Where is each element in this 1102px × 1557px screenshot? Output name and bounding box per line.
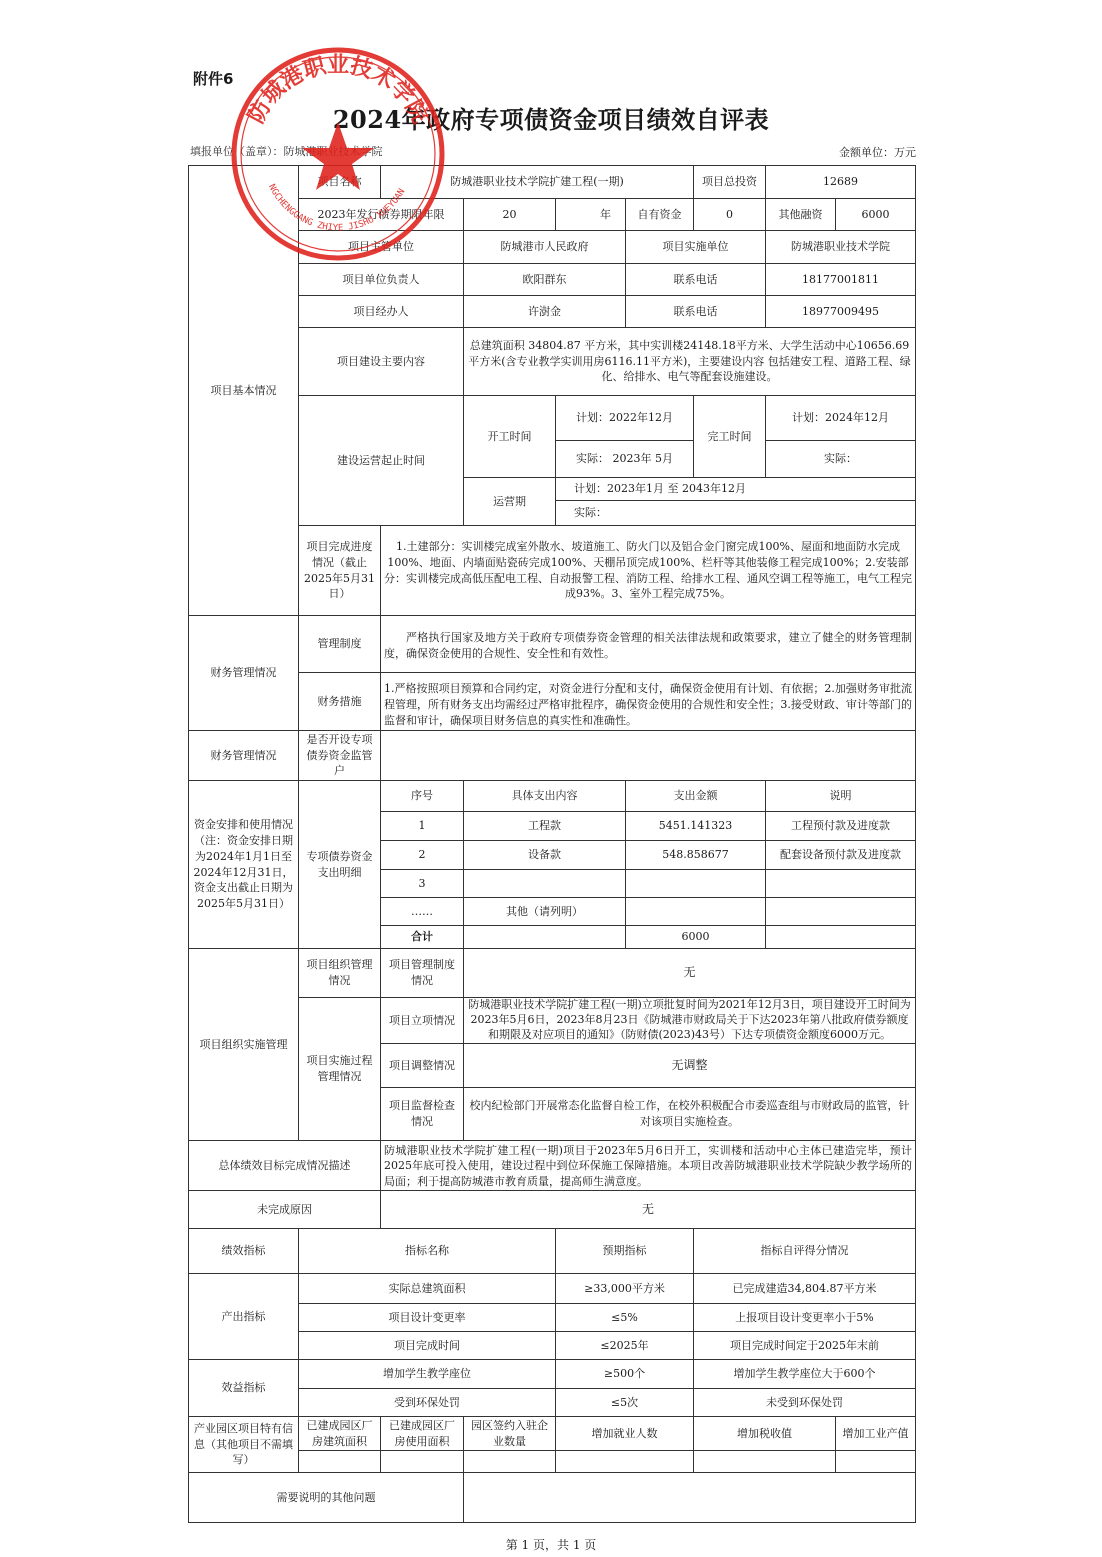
supervise-value: 校内纪检部门开展常态化监督自检工作，在校外积极配合市委巡查组与市财政局的监管，针…: [463, 1087, 916, 1141]
handler-label: 项目经办人: [298, 295, 464, 328]
leader-phone-value: 18177001811: [765, 263, 916, 296]
expense-row-note: 配套设备预付款及进度款: [765, 840, 916, 870]
approval-label: 项目立项情况: [380, 997, 464, 1044]
bond-term-value: 20: [463, 198, 556, 231]
attachment-label: 附件6: [193, 68, 233, 89]
implementer-label: 项目实施单位: [625, 230, 766, 264]
other-fund-value: 6000: [835, 198, 916, 231]
expense-row-no: ……: [380, 897, 464, 926]
overall-goal-label: 总体绩效目标完成情况描述: [188, 1140, 381, 1191]
document-title: 2024年政府专项债资金项目绩效自评表: [0, 100, 1102, 135]
self-fund-value: 0: [693, 198, 766, 231]
park-header: 已建成园区厂房建筑面积: [298, 1416, 381, 1451]
park-header: 园区签约入驻企业数量: [463, 1416, 556, 1451]
mgmt-system-value: 无: [463, 948, 916, 998]
section-finance-2: 财务管理情况: [188, 730, 299, 781]
progress-value: 1.土建部分：实训楼完成室外散水、坡道施工、防火门以及铝合金门窗完成100%、屋…: [380, 525, 916, 616]
page-number: 第 1 页，共 1 页: [0, 1536, 1102, 1553]
project-name-value: 防城港职业技术学院扩建工程(一期): [380, 165, 694, 199]
finance-system-value: 严格执行国家及地方关于政府专项债券资金管理的相关法律法规和政策要求，建立了健全的…: [380, 615, 916, 673]
expense-row-note: [765, 869, 916, 898]
kpi-header-result: 指标自评得分情况: [693, 1228, 916, 1274]
expense-row-amount: [625, 897, 766, 926]
kpi-group-output: 产出指标: [188, 1273, 299, 1360]
kpi-group-benefit: 效益指标: [188, 1359, 299, 1417]
other-fund-label: 其他融资: [765, 198, 836, 231]
kpi-row-name: 受到环保处罚: [298, 1388, 556, 1417]
handler-phone-value: 18977009495: [765, 295, 916, 328]
kpi-header-name: 指标名称: [298, 1228, 556, 1274]
total-invest-label: 项目总投资: [693, 165, 766, 199]
amount-unit-label: 金额单位：万元: [839, 144, 916, 160]
overall-goal-value: 防城港职业技术学院扩建工程(一期)项目于2023年5月6日开工，实训楼和活动中心…: [380, 1140, 916, 1191]
expense-row-content: 设备款: [463, 840, 626, 870]
finish-time-label: 完工时间: [693, 395, 766, 478]
kpi-row-name: 项目完成时间: [298, 1331, 556, 1360]
expense-header-amount: 支出金额: [625, 780, 766, 812]
supervise-label: 项目监督检查情况: [380, 1087, 464, 1141]
section-funds: 资金安排和使用情况（注：资金安排日期为2024年1月1日至2024年12月31日…: [188, 780, 299, 949]
handler-value: 许澍金: [463, 295, 626, 328]
kpi-row-result: 项目完成时间定于2025年末前: [693, 1331, 916, 1360]
implementer-value: 防城港职业技术学院: [765, 230, 916, 264]
total-invest-value: 12689: [765, 165, 916, 199]
supervisor-value: 防城港市人民政府: [463, 230, 626, 264]
operation-plan: 计划：2023年1月 至 2043年12月: [555, 477, 916, 501]
expense-header-content: 具体支出内容: [463, 780, 626, 812]
expense-header-note: 说明: [765, 780, 916, 812]
start-actual: 实际： 2023年 5月: [555, 440, 694, 478]
self-fund-label: 自有资金: [625, 198, 694, 231]
expense-row-amount: [625, 869, 766, 898]
park-value: [380, 1450, 464, 1473]
handler-phone-label: 联系电话: [625, 295, 766, 328]
section-basic-info: 项目基本情况: [188, 165, 299, 616]
finance-measures-value: 1.严格按照项目预算和合同约定，对资金进行分配和支付，确保资金使用有计划、有依据…: [380, 672, 916, 731]
period-label: 建设运营起止时间: [298, 395, 464, 526]
park-value: [555, 1450, 694, 1473]
park-value: [693, 1450, 836, 1473]
mgmt-system-label: 项目管理制度情况: [380, 948, 464, 998]
expense-row-content: 其他（请列明）: [463, 897, 626, 926]
leader-label: 项目单位负责人: [298, 263, 464, 296]
leader-value: 欧阳群东: [463, 263, 626, 296]
start-time-label: 开工时间: [463, 395, 556, 478]
expense-total-amount: 6000: [625, 925, 766, 949]
kpi-row-target: ≥33,000平方米: [555, 1273, 694, 1304]
park-value: [463, 1450, 556, 1473]
incomplete-reason-label: 未完成原因: [188, 1190, 381, 1229]
park-header: 增加税收值: [693, 1416, 836, 1451]
project-name-label: 项目名称: [298, 165, 381, 199]
leader-phone-label: 联系电话: [625, 263, 766, 296]
kpi-row-target: ≤2025年: [555, 1331, 694, 1360]
kpi-row-name: 项目设计变更率: [298, 1303, 556, 1332]
expense-row-content: 工程款: [463, 811, 626, 841]
expense-row-no: 1: [380, 811, 464, 841]
park-info-label: 产业园区项目特有信息（其他项目不需填写）: [188, 1416, 299, 1473]
park-header: 已建成园区厂房使用面积: [380, 1416, 464, 1451]
content-value: 总建筑面积 34804.87 平方米，其中实训楼24148.18平方米、大学生活…: [463, 327, 916, 396]
expense-row-no: 3: [380, 869, 464, 898]
kpi-row-result: 已完成建造34,804.87平方米: [693, 1273, 916, 1304]
kpi-row-result: 上报项目设计变更率小于5%: [693, 1303, 916, 1332]
park-header: 增加就业人数: [555, 1416, 694, 1451]
content-label: 项目建设主要内容: [298, 327, 464, 396]
bond-term-label: 2023年发行债券期限年限: [298, 198, 464, 231]
expense-detail-label: 专项债券资金支出明细: [298, 780, 381, 949]
adjust-label: 项目调整情况: [380, 1043, 464, 1088]
finish-plan: 计划：2024年12月: [765, 395, 916, 441]
expense-total-content: [463, 925, 626, 949]
expense-row-amount: 5451.141323: [625, 811, 766, 841]
park-value: [835, 1450, 916, 1473]
filler-unit-label: 填报单位（盖章）：防城港职业技术学院: [190, 143, 383, 159]
expense-total-label: 合计: [380, 925, 464, 949]
kpi-row-name: 实际总建筑面积: [298, 1273, 556, 1304]
expense-row-content: [463, 869, 626, 898]
kpi-row-target: ≤5次: [555, 1388, 694, 1417]
finance-system-label: 管理制度: [298, 615, 381, 673]
kpi-row-result: 增加学生教学座位大于600个: [693, 1359, 916, 1389]
expense-row-note: [765, 897, 916, 926]
supervision-account-label: 是否开设专项债券资金监管户: [298, 730, 381, 781]
section-finance: 财务管理情况: [188, 615, 299, 731]
operation-label: 运营期: [463, 477, 556, 526]
park-header: 增加工业产值: [835, 1416, 916, 1451]
kpi-row-result: 未受到环保处罚: [693, 1388, 916, 1417]
process-mgmt-label: 项目实施过程管理情况: [298, 997, 381, 1141]
kpi-row-target: ≤5%: [555, 1303, 694, 1332]
other-issues-value: [463, 1472, 916, 1523]
finish-actual: 实际：: [765, 440, 916, 478]
expense-row-note: 工程预付款及进度款: [765, 811, 916, 841]
start-plan: 计划：2022年12月: [555, 395, 694, 441]
expense-row-no: 2: [380, 840, 464, 870]
incomplete-reason-value: 无: [380, 1190, 916, 1229]
kpi-row-name: 增加学生教学座位: [298, 1359, 556, 1389]
operation-actual: 实际：: [555, 500, 916, 526]
kpi-header-category: 绩效指标: [188, 1228, 299, 1274]
expense-header-no: 序号: [380, 780, 464, 812]
supervisor-label: 项目主管单位: [298, 230, 464, 264]
section-org-management: 项目组织实施管理: [188, 948, 299, 1141]
kpi-header-target: 预期指标: [555, 1228, 694, 1274]
bond-term-unit: 年: [555, 198, 626, 231]
expense-row-amount: 548.858677: [625, 840, 766, 870]
org-mgmt-label: 项目组织管理情况: [298, 948, 381, 998]
adjust-value: 无调整: [463, 1043, 916, 1088]
finance-measures-label: 财务措施: [298, 672, 381, 731]
kpi-row-target: ≥500个: [555, 1359, 694, 1389]
expense-total-note: [765, 925, 916, 949]
progress-label: 项目完成进度情况（截止2025年5月31日）: [298, 525, 381, 616]
park-value: [298, 1450, 381, 1473]
supervision-account-value: [380, 730, 916, 781]
approval-value: 防城港职业技术学院扩建工程(一期)立项批复时间为2021年12月3日，项目建设开…: [463, 997, 916, 1044]
other-issues-label: 需要说明的其他问题: [188, 1472, 464, 1523]
